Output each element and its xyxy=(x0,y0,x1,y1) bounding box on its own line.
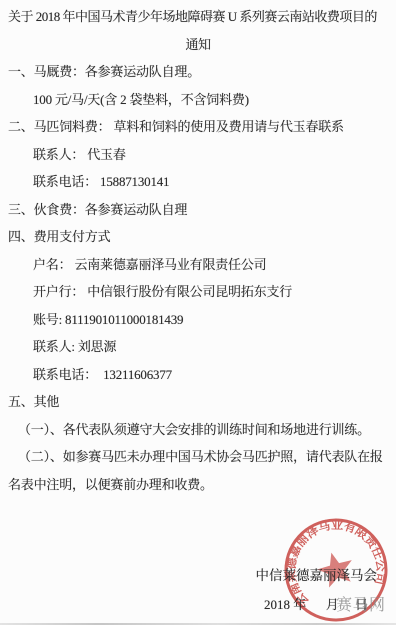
item4-bank: 开户行： 中信银行股份有限公司昆明拓东支行 xyxy=(0,278,396,306)
item2-heading: 二、马匹饲料费： 草料和饲料的使用及费用请与代玉春联系 xyxy=(0,113,396,141)
doc-title-line2: 通知 xyxy=(0,31,396,59)
doc-title-line1: 关于 2018 年中国马术青少年场地障碍赛 U 系列赛云南站收费项目的 xyxy=(0,3,396,31)
item5-sub2-line1: （二）、如参赛马匹未办理中国马术协会马匹护照，请代表队在报 xyxy=(0,443,396,471)
item2-contact-phone: 联系电话： 15887130141 xyxy=(0,168,396,196)
item4-contact-person: 联系人: 刘思源 xyxy=(0,333,396,361)
notice-document-page: 关于 2018 年中国马术青少年场地障碍赛 U 系列赛云南站收费项目的 通知 一… xyxy=(0,0,396,625)
item4-account-number: 账号: 8111901011000181439 xyxy=(0,306,396,334)
item1-heading: 一、马厩费：各参赛运动队自理。 xyxy=(0,58,396,86)
item1-detail: 100 元/马/天(含 2 袋垫料，不含饲料费) xyxy=(0,86,396,114)
document-body: 关于 2018 年中国马术青少年场地障碍赛 U 系列赛云南站收费项目的 通知 一… xyxy=(0,3,396,498)
item5-heading: 五、其他 xyxy=(0,388,396,416)
item5-sub2-line2: 名表中注明，以便赛前办理和收费。 xyxy=(0,471,396,499)
item4-heading: 四、费用支付方式 xyxy=(0,223,396,251)
item2-contact-person: 联系人： 代玉春 xyxy=(0,141,396,169)
signature-organization: 中信莱德嘉丽泽马会 xyxy=(256,566,378,586)
site-watermark: 赛马网 xyxy=(336,597,386,615)
item4-contact-phone: 联系电话： 13211606377 xyxy=(0,361,396,389)
item4-account-name: 户名： 云南莱德嘉丽泽马业有限责任公司 xyxy=(0,251,396,279)
item5-sub1: （一）、各代表队须遵守大会安排的训练时间和场地进行训练。 xyxy=(0,416,396,444)
item3-heading: 三、伙食费：各参赛运动队自理 xyxy=(0,196,396,224)
